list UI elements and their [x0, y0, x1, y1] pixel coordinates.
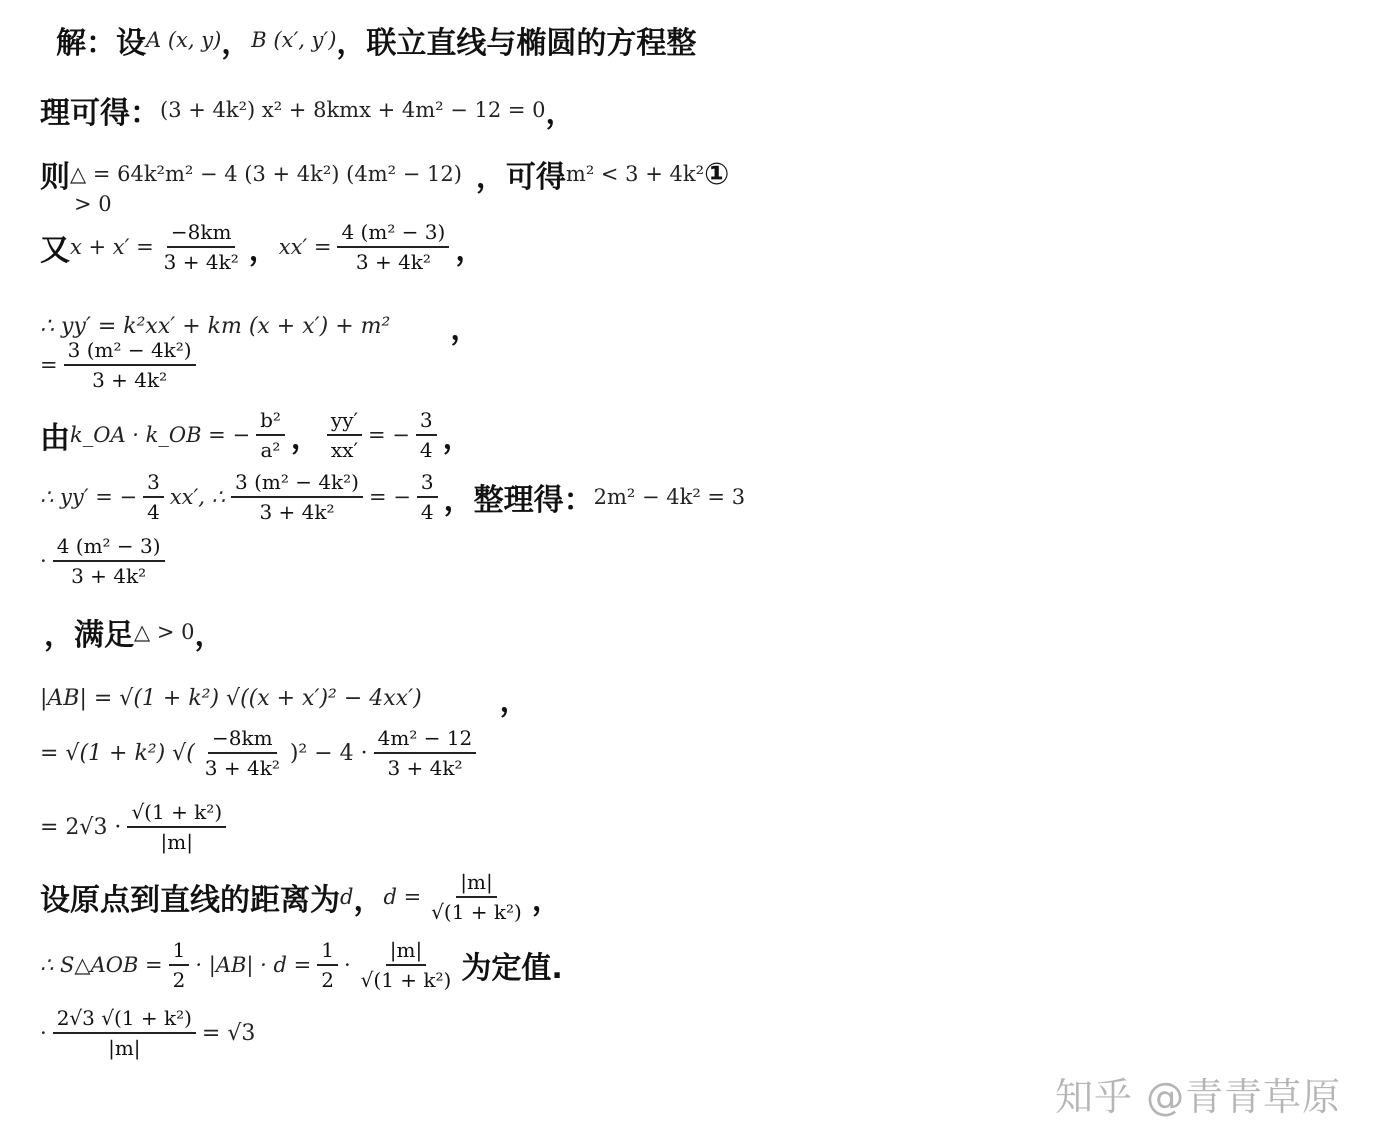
- math-d-equals: d =: [383, 885, 421, 909]
- fraction-yy-value: 3 (m² − 4k²)3 + 4k²: [231, 470, 363, 524]
- text-also: 又: [40, 225, 70, 269]
- solution-line-4: > 0: [74, 192, 112, 216]
- fraction-half: 12: [169, 938, 190, 992]
- text-solution-intro: 解：设: [56, 18, 146, 62]
- solution-line-14: = 2√3 · √(1 + k²)|m|: [40, 800, 232, 854]
- fraction-sqrt-over-m: √(1 + k²)|m|: [127, 800, 226, 854]
- dot-operator: ·: [40, 1021, 47, 1045]
- math-sum-roots: x + x′ =: [70, 235, 154, 259]
- comma: ，: [353, 875, 383, 919]
- fraction-final: 2√3 √(1 + k²)|m|: [53, 1006, 196, 1060]
- text-combine-equations: ，联立直线与椭圆的方程整: [336, 18, 696, 62]
- math-square-minus: )² − 4 ·: [290, 741, 368, 766]
- solution-line-5: 又 x + x′ = −8km3 + 4k² ， xx′ = 4 (m² − 3…: [40, 220, 485, 274]
- fraction-three-quarters: 34: [143, 470, 164, 524]
- comma: ，: [450, 304, 480, 348]
- text-distance-intro: 设原点到直线的距离为: [40, 875, 340, 919]
- math-discriminant: △ = 64k²m² − 4 (3 + 4k²) (4m² − 12): [70, 162, 462, 186]
- fraction-three-quarters: 34: [417, 470, 438, 524]
- equals-neg: = −: [368, 423, 410, 447]
- math-product-roots: xx′ =: [279, 235, 332, 259]
- circled-one-mark: ①: [704, 157, 729, 192]
- comma: ，: [546, 88, 576, 132]
- math-inequality: m² < 3 + 4k²: [566, 162, 704, 186]
- solution-line-1: 解：设 A (x, y) ， B (x′, y′) ，联立直线与椭圆的方程整: [56, 18, 696, 62]
- solution-line-13: = √(1 + k²) √( −8km3 + 4k² )² − 4 · 4m² …: [40, 726, 482, 780]
- solution-line-12: |AB| = √(1 + k²) √((x + x′)² − 4xx′) ，: [40, 676, 530, 720]
- text-from: 由: [40, 413, 70, 457]
- math-chord-substitute: = √(1 + k²) √(: [40, 741, 195, 766]
- comma: ，: [249, 225, 279, 269]
- equals-neg: = −: [369, 485, 411, 509]
- zhihu-watermark: 知乎 @青青草原: [1055, 1066, 1341, 1121]
- comma: ，: [532, 875, 562, 919]
- fraction-distance: |m|√(1 + k²): [427, 870, 526, 924]
- comma: ，: [455, 225, 485, 269]
- fraction-three-quarters: 34: [416, 408, 437, 462]
- math-xx-therefore: xx′, ∴: [170, 485, 225, 509]
- comma: ，: [291, 413, 321, 457]
- text-then: 则: [40, 152, 70, 196]
- math-greater-zero: > 0: [74, 192, 112, 216]
- equals-sign: =: [40, 353, 58, 377]
- solution-line-11: ，满足 △ > 0 ，: [44, 610, 224, 654]
- math-chord-length: |AB| = √(1 + k²) √((x + x′)² − 4xx′): [40, 686, 422, 711]
- math-final-result: = √3: [202, 1021, 255, 1046]
- solution-line-8: 由 k_OA · k_OB = − b²a² ， yy′xx′ = − 34 ，: [40, 408, 473, 462]
- solution-line-10: · 4 (m² − 3)3 + 4k²: [40, 534, 171, 588]
- fraction-sum: −8km3 + 4k²: [201, 726, 284, 780]
- fraction-distance: |m|√(1 + k²): [357, 938, 456, 992]
- math-slope-product: k_OA · k_OB = −: [70, 423, 250, 447]
- solution-line-15: 设原点到直线的距离为 d ， d = |m|√(1 + k²) ，: [40, 870, 562, 924]
- text-constant-value: 为定值.: [461, 943, 562, 987]
- comma: ，: [194, 610, 224, 654]
- math-d: d: [340, 885, 353, 909]
- math-discriminant-positive: △ > 0: [134, 620, 194, 644]
- text-simplify: 理可得：: [40, 88, 160, 132]
- fraction-product: 4 (m² − 3)3 + 4k²: [53, 534, 165, 588]
- fraction-b2-a2: b²a²: [256, 408, 285, 462]
- text-simplify-get: ，整理得：: [444, 475, 594, 519]
- fraction-yy-xx: yy′xx′: [327, 408, 362, 462]
- fraction-product-expanded: 4m² − 123 + 4k²: [374, 726, 477, 780]
- math-quadratic: (3 + 4k²) x² + 8kmx + 4m² − 12 = 0: [160, 98, 546, 122]
- math-area: ∴ S△AOB =: [40, 953, 163, 977]
- math-therefore-yy: ∴ yy′ = −: [40, 485, 137, 509]
- solution-line-3: 则 △ = 64k²m² − 4 (3 + 4k²) (4m² − 12) ，可…: [40, 152, 729, 196]
- math-chord-simplified: = 2√3 ·: [40, 815, 121, 840]
- solution-line-2: 理可得： (3 + 4k²) x² + 8kmx + 4m² − 12 = 0 …: [40, 88, 576, 132]
- math-yy-expansion: ∴ yy′ = k²xx′ + km (x + x′) + m²: [40, 314, 390, 339]
- solution-line-9: ∴ yy′ = − 34 xx′, ∴ 3 (m² − 4k²)3 + 4k² …: [40, 470, 745, 524]
- text-satisfy: ，满足: [44, 610, 134, 654]
- math-ab-d: · |AB| · d =: [195, 953, 311, 977]
- comma: ，: [500, 676, 530, 720]
- comma: ，: [221, 18, 251, 62]
- math-point-b: B (x′, y′): [251, 28, 336, 52]
- math-point-a: A (x, y): [146, 28, 221, 52]
- fraction-yy-value: 3 (m² − 4k²)3 + 4k²: [64, 338, 196, 392]
- fraction-product: 4 (m² − 3)3 + 4k²: [337, 220, 449, 274]
- solution-line-16: ∴ S△AOB = 12 · |AB| · d = 12 · |m|√(1 + …: [40, 938, 563, 992]
- solution-line-17: · 2√3 √(1 + k²)|m| = √3: [40, 1006, 255, 1060]
- text-obtain: ，可得: [476, 152, 566, 196]
- solution-line-7: = 3 (m² − 4k²)3 + 4k²: [40, 338, 202, 392]
- fraction-half: 12: [317, 938, 338, 992]
- math-result-equation: 2m² − 4k² = 3: [594, 485, 745, 509]
- fraction-sum: −8km3 + 4k²: [160, 220, 243, 274]
- dot-operator: ·: [344, 953, 351, 977]
- comma: ，: [443, 413, 473, 457]
- dot-operator: ·: [40, 549, 47, 573]
